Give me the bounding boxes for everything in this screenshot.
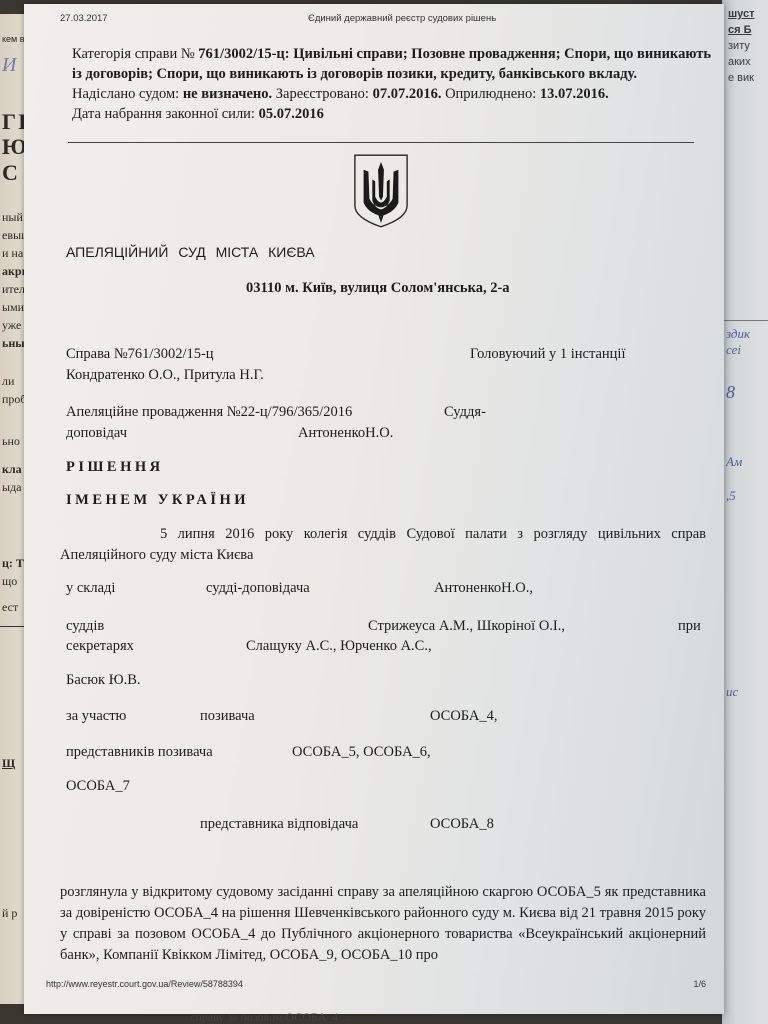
bg-fragment: зиту bbox=[728, 40, 768, 52]
plaintiff-rep-extra: ОСОБА_7 bbox=[66, 778, 130, 795]
judges-label: суддів bbox=[66, 618, 104, 635]
bg-handwriting: здик bbox=[726, 326, 768, 342]
participation-label: за участю bbox=[66, 708, 126, 725]
panel-judges: Стрижеуса А.М., Шкоріної О.І., bbox=[368, 618, 565, 635]
composition-label: у складі bbox=[66, 580, 115, 597]
decision-body: розглянула у відкритому судовому засідан… bbox=[60, 882, 706, 966]
rapporteur-role-label: судді-доповідача bbox=[206, 580, 310, 597]
bg-fragment: е вик bbox=[728, 72, 768, 84]
bg-fragment: аких bbox=[728, 56, 768, 68]
case-dates: Надіслано судом: не визначено. Зареєстро… bbox=[72, 84, 712, 104]
decision-intro: 5 липня 2016 року колегія суддів Судової… bbox=[60, 524, 706, 566]
defendant-rep: ОСОБА_8 bbox=[430, 816, 494, 833]
with-label: при bbox=[678, 618, 701, 635]
plaintiff-reps: ОСОБА_5, ОСОБА_6, bbox=[292, 744, 431, 761]
ukraine-coat-of-arms-icon bbox=[352, 152, 410, 230]
decision-title: РІШЕННЯ bbox=[66, 459, 164, 476]
bg-rule bbox=[722, 320, 768, 321]
print-date: 27.03.2017 bbox=[60, 13, 108, 24]
rapporteur-name: АнтоненкоН.О. bbox=[298, 425, 393, 442]
defendant-rep-label: представника відповідача bbox=[200, 816, 358, 833]
bg-handwriting: ,5 bbox=[726, 488, 768, 504]
page-number: 1/6 bbox=[693, 979, 706, 989]
source-url: http://www.reyestr.court.gov.ua/Review/5… bbox=[46, 979, 243, 989]
bg-handwriting: ис bbox=[726, 684, 768, 700]
court-name: АПЕЛЯЦІЙНИЙ СУД МІСТА КИЄВА bbox=[66, 244, 315, 260]
plaintiff-label: позивача bbox=[200, 708, 255, 725]
appeal-number: Апеляційне провадження №22-ц/796/365/201… bbox=[66, 404, 352, 421]
rapporteur-label: Суддя- bbox=[444, 404, 486, 421]
court-address: 03110 м. Київ, вулиця Солом'янська, 2-а bbox=[246, 280, 510, 297]
secretaries: Слащуку А.С., Юрченко А.С., bbox=[246, 638, 432, 655]
secretary-extra: Басюк Ю.В. bbox=[66, 672, 141, 689]
secretaries-label: секретарях bbox=[66, 638, 134, 655]
underlying-page-text: справу за позовом ОСОБА_4 ... bbox=[190, 1010, 510, 1024]
rapporteur-label-cont: доповідач bbox=[66, 425, 127, 442]
legal-force-date: Дата набрання законної сили: 05.07.2016 bbox=[72, 104, 712, 124]
bg-fragment: шуст bbox=[728, 8, 768, 20]
bg-handwriting: 8 bbox=[726, 382, 768, 403]
decision-subtitle: ІМЕНЕМ УКРАЇНИ bbox=[66, 492, 249, 509]
presiding-label: Головуючий у 1 інстанції bbox=[470, 346, 625, 363]
bg-handwriting: сеі bbox=[726, 342, 768, 358]
plaintiff: ОСОБА_4, bbox=[430, 708, 498, 725]
registry-title: Єдиний державний реєстр судових рішень bbox=[308, 13, 496, 24]
bg-handwriting: Ам bbox=[726, 454, 768, 470]
bg-fragment: ся Б bbox=[728, 24, 768, 36]
first-instance-judges: Кондратенко О.О., Притула Н.Г. bbox=[66, 367, 264, 384]
case-number: Справа №761/3002/15-ц bbox=[66, 346, 214, 363]
plaintiff-reps-label: представників позивача bbox=[66, 744, 213, 761]
header-divider bbox=[68, 142, 694, 143]
case-metadata: Категорія справи № 761/3002/15-ц: Цивіль… bbox=[72, 44, 712, 124]
rapporteur-judge: АнтоненкоН.О., bbox=[434, 580, 533, 597]
background-paper-right: шуст ся Б зиту аких е вик здик сеі 8 Ам … bbox=[722, 0, 768, 1024]
case-category: Категорія справи № 761/3002/15-ц: Цивіль… bbox=[72, 44, 712, 84]
document-page: 27.03.2017 Єдиний державний реєстр судов… bbox=[24, 4, 724, 1014]
